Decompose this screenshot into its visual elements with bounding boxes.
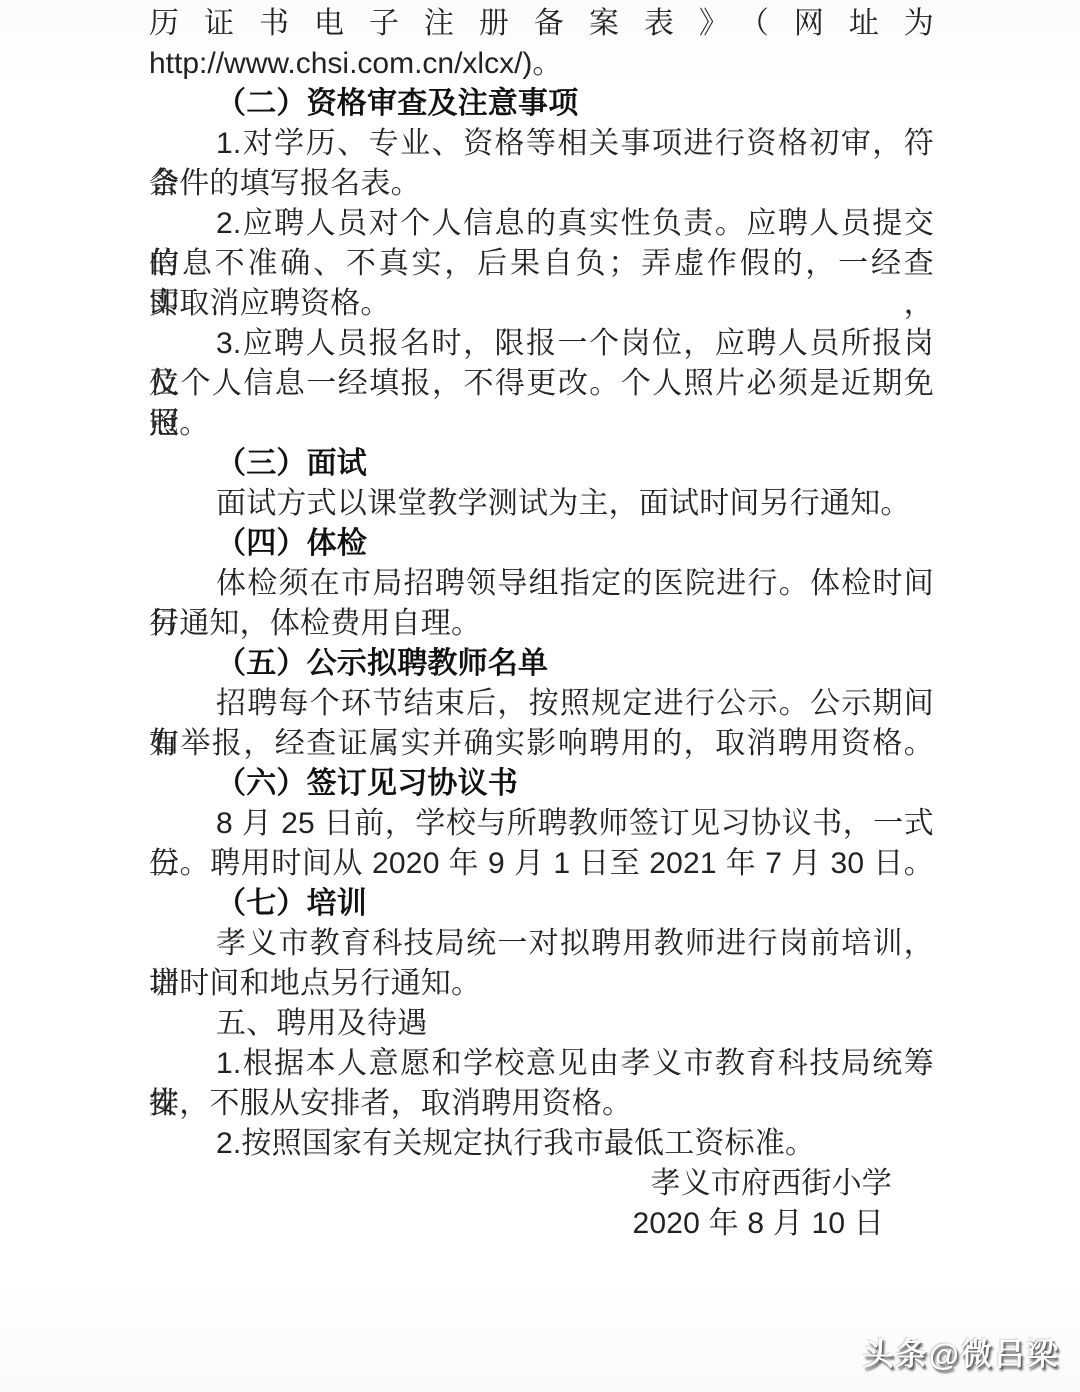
section-heading-6: （六）签订见习协议书 [0,764,1080,804]
section-heading-employment: 五、聘用及待遇 [0,1004,1080,1044]
document-line: 招聘每个环节结束后，按照规定进行公示。公示期间如 [0,684,1080,724]
document-line: 3.应聘人员报名时，限报一个岗位，应聘人员所报岗位 [0,324,1080,364]
signature-org: 孝义市府西街小学 [0,1164,1080,1204]
document-line: 训时间和地点另行通知。 [0,964,1080,1004]
document-line: 条件的填写报名表。 [0,164,1080,204]
document-line: 体检须在市局招聘领导组指定的医院进行。体检时间另 [0,564,1080,604]
section-heading-2: （二）资格审查及注意事项 [0,84,1080,124]
document-line: 行通知，体检费用自理。 [0,604,1080,644]
document-line: 信息不准确、不真实，后果自负；弄虚作假的，一经查实， [0,244,1080,284]
document-line: 照。 [0,404,1080,444]
document-photo: { "document": { "lines": [ "历证书电子注册备案表》（… [0,0,1080,1392]
document-line: 及个人信息一经填报，不得更改。个人照片必须是近期免冠 [0,364,1080,404]
document-line: 排，不服从安排者，取消聘用资格。 [0,1084,1080,1124]
document-line: 历证书电子注册备案表》（网址为 [0,4,1080,44]
document-line: 1.对学历、专业、资格等相关事项进行资格初审，符合 [0,124,1080,164]
section-heading-5: （五）公示拟聘教师名单 [0,644,1080,684]
signature-date: 2020 年 8 月 10 日 [0,1204,1080,1244]
document-line: 2.按照国家有关规定执行我市最低工资标准。 [0,1124,1080,1164]
section-heading-7: （七）培训 [0,884,1080,924]
document-line: 8 月 25 日前，学校与所聘教师签订见习协议书，一式三 [0,804,1080,844]
document-line: 面试方式以课堂教学测试为主，面试时间另行通知。 [0,484,1080,524]
document-line: 孝义市教育科技局统一对拟聘用教师进行岗前培训，培 [0,924,1080,964]
document-line: 2.应聘人员对个人信息的真实性负责。应聘人员提交的 [0,204,1080,244]
document-line: 份。聘用时间从 2020 年 9 月 1 日至 2021 年 7 月 30 日。 [0,844,1080,884]
watermark: 头条@微吕梁 [863,1329,1060,1374]
section-heading-4: （四）体检 [0,524,1080,564]
document-line: 1.根据本人意愿和学校意见由孝义市教育科技局统筹安 [0,1044,1080,1084]
document-url: http://www.chsi.com.cn/xlcx/)。 [0,44,1080,84]
document-page: 历证书电子注册备案表》（网址为 http://www.chsi.com.cn/x… [0,4,1080,1244]
section-heading-3: （三）面试 [0,444,1080,484]
document-line: 有举报，经查证属实并确实影响聘用的，取消聘用资格。 [0,724,1080,764]
